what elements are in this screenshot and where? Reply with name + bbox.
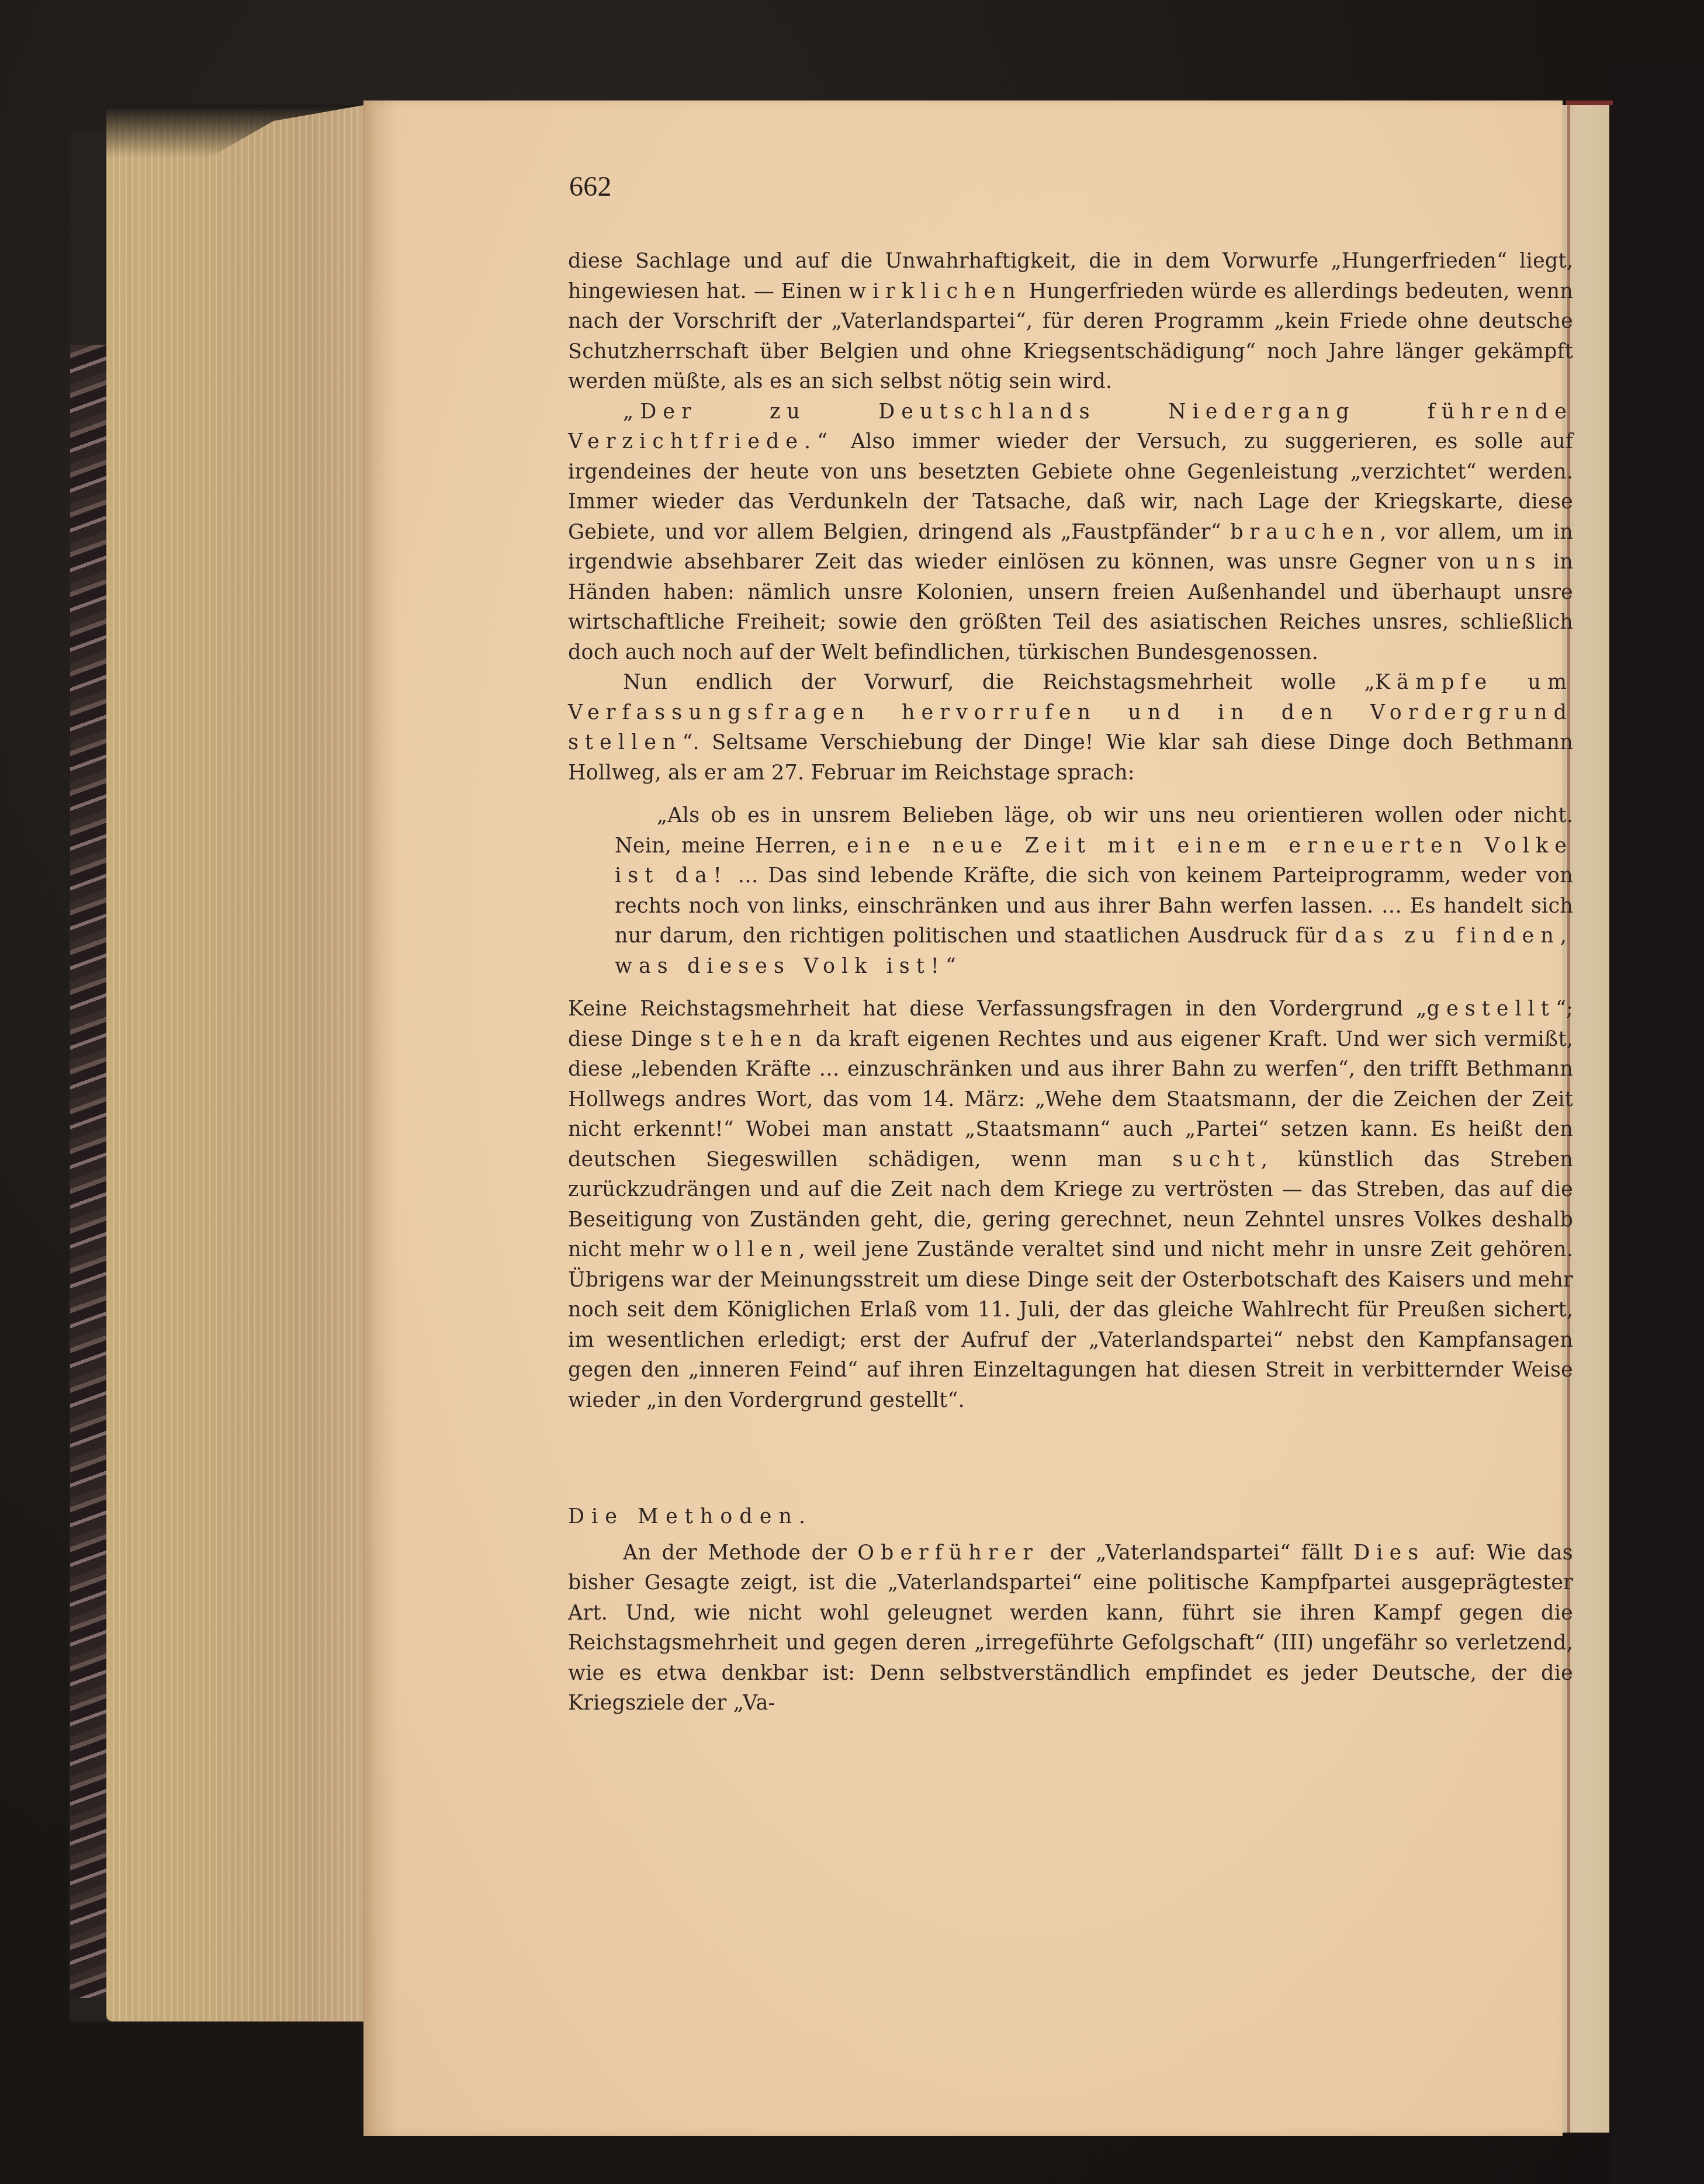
text-run: Keine Reichstagsmehrheit hat diese Verfa… [568,997,1427,1021]
emphasized-spaced-text: Oberführer [857,1541,1039,1565]
red-edge-trim [1566,100,1613,105]
paragraph: Keine Reichstagsmehrheit hat diese Verfa… [568,994,1573,1416]
page-number: 662 [569,169,1573,204]
text-run: “. Seltsame Verschiebung der Dinge! Wie … [568,731,1573,785]
text-run: “ [945,955,956,978]
paragraph: „Der zu Deutschlands Niedergang führende… [568,397,1573,668]
paragraph: diese Sachlage und auf die Unwahrhaftigk… [568,247,1573,397]
block-quote: „Als ob es in unsrem Belieben läge, ob w… [615,801,1573,982]
emphasized-spaced-text: sucht [1172,1148,1261,1171]
section-paragraphs: An der Methode der Oberführer der „Vater… [568,1538,1573,1719]
body-paragraphs: diese Sachlage und auf die Unwahrhaftigk… [568,247,1573,1416]
emphasized-spaced-text: gestellt [1427,997,1556,1021]
emphasized-spaced-text: Dies [1353,1541,1425,1565]
text-run: An der Methode der [623,1541,857,1565]
right-binding [1609,64,1704,2184]
paragraph: Nun endlich der Vorwurf, die Reichstagsm… [568,668,1573,788]
emphasized-spaced-text: wollen [692,1238,799,1261]
stacked-page-edges [106,105,363,2022]
emphasized-spaced-text: wirklichen [848,280,1022,303]
emphasized-spaced-text: uns [1486,550,1542,574]
gutter-shadow [363,100,399,2136]
section-heading: Die Methoden. [568,1502,1573,1533]
emphasized-spaced-text: brauchen [1230,521,1380,544]
page-text-column: 662 diese Sachlage und auf die Unwahrhaf… [568,169,1573,1719]
text-run: , weil jene Zustände veraltet sind und n… [568,1238,1573,1412]
paragraph: An der Methode der Oberführer der „Vater… [568,1538,1573,1719]
text-run: der „Vaterlandspartei“ fällt [1039,1541,1353,1565]
emphasized-spaced-text: stehen [700,1028,808,1051]
text-run: auf: Wie das bisher Gesagte zeigt, ist d… [568,1541,1573,1715]
text-run: Nun endlich der Vorwurf, die Reichstagsm… [623,671,1375,694]
marbled-cover-edge [70,345,106,1998]
